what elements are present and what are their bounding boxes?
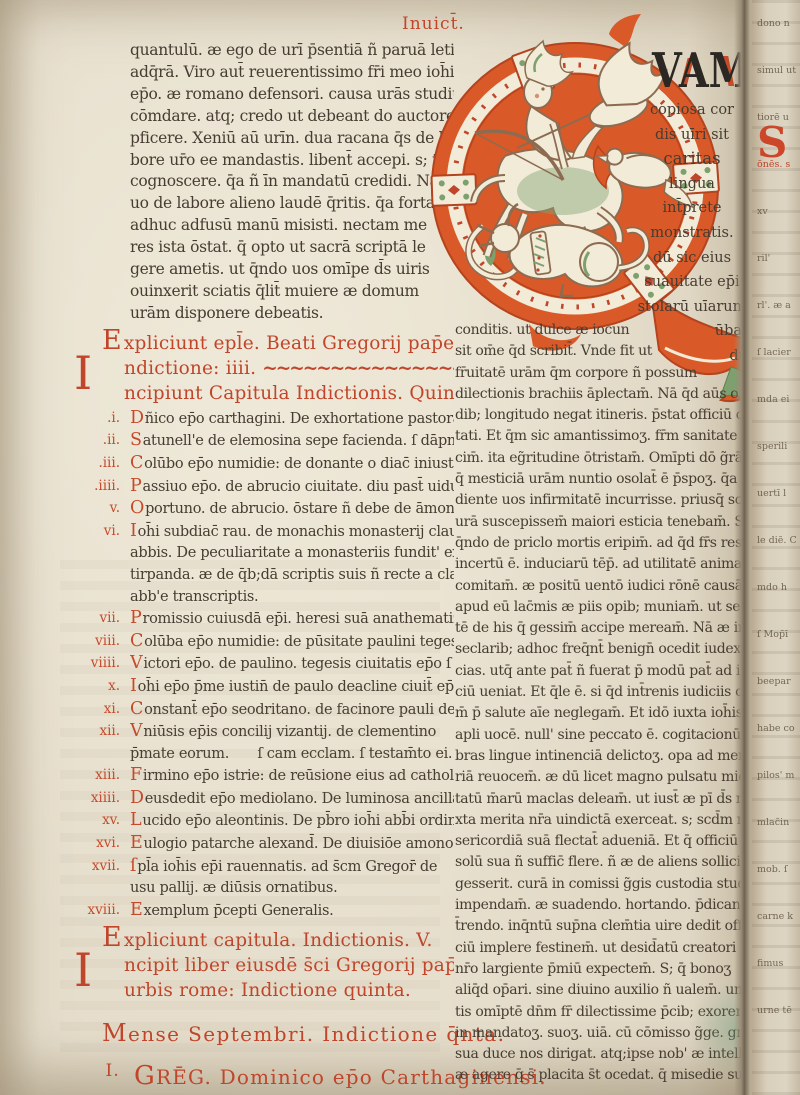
text-line: sericordiā suā flectat̄ adueniā. Et q̄ o… [455, 831, 747, 852]
text-line: cim̄. ita eg̃ritudine ōtristam̄. Omīpti … [455, 448, 747, 469]
chapter-numeral: xiiii. [56, 788, 130, 811]
chapter-entry: Ioh̄i ep̄o p̄me iustin̄ de paulo deaclin… [130, 676, 454, 699]
chapter-initial: D [130, 408, 144, 428]
edge-text-fragment: beepar [752, 658, 800, 705]
chapter-entry: Colūbo ep̄o numidie: de donante o diac̄ … [130, 453, 454, 476]
chapter-line: Colūbo ep̄o numidie: de donante o diac̄ … [130, 453, 454, 476]
chapter-entry: Exemplum p̄cepti Generalis. [130, 900, 454, 923]
capitula-item: .ii.Satunell'e de elemosina sepe faciend… [56, 430, 454, 453]
text-line: monstratis. [636, 221, 748, 246]
edge-text-fragment: uertī l [752, 470, 800, 517]
next-page-initial-s: S [757, 122, 787, 164]
letter-one-heading: I. GRĒG. Dominico ep̄o Carthaginensi. [56, 1061, 454, 1091]
edge-text-fragment: mob. ſ [752, 846, 800, 893]
chapter-entry: Ioh̄i subdiac̄ rau. de monachis monaster… [130, 521, 454, 608]
chapter-line: Satunell'e de elemosina sepe facienda. ſ… [130, 430, 454, 453]
chapter-numeral: x. [56, 676, 130, 699]
chapter-line: tirpanda. æ de q̄b;dā scriptis suis ñ re… [130, 565, 454, 587]
capitula-item: viii.Colūba ep̄o numidie: de pūsitate pa… [56, 631, 454, 654]
text-line: ep̄o. æ romano defensori. causa urās stu… [130, 84, 454, 106]
text-line: q̄ mesticiā urām nuntio osolat̄ ē p̄spoʒ… [455, 469, 747, 490]
text-line: gere ametis. ut q̄ndo uos omīpe d̄s uiri… [130, 259, 454, 281]
text-line: int̄prete [636, 196, 748, 221]
text-line: ouinxerit sciatis q̄lit̄ muiere æ domum [130, 281, 454, 303]
chapter-line: Dñico ep̄o carthagini. De exhortatione p… [130, 408, 454, 431]
text-line: pficere. Xeniū aū urīn. dua racana q̄s d… [130, 128, 454, 150]
capitula-item: .iii.Colūbo ep̄o numidie: de donante o d… [56, 453, 454, 476]
chapter-line: Ioh̄i ep̄o p̄me iustin̄ de paulo deaclin… [130, 676, 454, 699]
capitula-item: xvi.Eulogio patarche alexand̄. De diuisi… [56, 833, 454, 856]
chapter-numeral: .iiii. [56, 476, 130, 499]
capitula-item: xviii.Exemplum p̄cepti Generalis. [56, 900, 454, 923]
chapter-entry: ſpl̄a ioh̄is ep̄i rauennatis. ad s̄cm Gr… [130, 856, 454, 900]
rubric-text: xpliciunt epl̄e. Beati Gregorij pap̄e: D… [124, 333, 454, 354]
text-line: tati. Et q̄m sic amantissimoʒ. fr̄m sani… [455, 426, 747, 447]
edge-text-fragment: mlac̄in [752, 799, 800, 846]
text-line: cognoscere. q̄a ñ īn mandatū credidi. Nā [130, 171, 454, 193]
chapter-numeral: viii. [56, 631, 130, 654]
text-line: bore ur̄o ee mandastis. libent̄ accepi. … [130, 150, 454, 172]
chapter-initial: I [130, 676, 137, 696]
chapter-entry: Dñico ep̄o carthagini. De exhortatione p… [130, 408, 454, 431]
text-line: ciū ueniat. Et q̄le ē. si q̄d int̄renis … [455, 682, 747, 703]
rubric-line: Expliciunt epl̄e. Beati Gregorij pap̄e: … [102, 328, 454, 356]
capitula-item: x.Ioh̄i ep̄o p̄me iustin̄ de paulo deacl… [56, 676, 454, 699]
chapter-entry: Passiuo ep̄o. de abrucio ciuitate. diu p… [130, 476, 454, 499]
text-line: incertū ē. induciarū tēp̄. ad utilitatē … [455, 554, 747, 575]
edge-text-fragment: ril' [752, 235, 800, 282]
manuscript-page-photo: Inuict̄. quantulū. æ ego de urī p̄sentiā… [0, 0, 800, 1095]
rubric-text: xpliciunt capitula. Indictionis. V. [124, 930, 433, 951]
capitula-item: xv.Lucido ep̄o aleontinis. De pb̄ro ioh̄… [56, 810, 454, 833]
chapter-initial: C [130, 699, 143, 719]
chapter-line: Victori ep̄o. de paulino. tegesis ciuita… [130, 653, 454, 676]
text-line: copiosa cor [636, 98, 748, 123]
text-line: dis uīri sit [636, 123, 748, 148]
chapter-line: Eulogio patarche alexand̄. De diuisiōe a… [130, 833, 454, 856]
capitula-item: xi.Constant̄ ep̄o seodritano. de facinor… [56, 699, 454, 722]
edge-text-fragment: mda ei [752, 376, 800, 423]
chapter-line: Firmino ep̄o istrie: de reūsione eius ad… [130, 765, 454, 788]
chapter-entry: Firmino ep̄o istrie: de reūsione eius ad… [130, 765, 454, 788]
chapter-numeral: xvi. [56, 833, 130, 856]
text-line: apli uocē. null' sine peccato ē. cogitac… [455, 725, 747, 746]
rubric-initial: E [102, 925, 122, 953]
rubric-tall-initial-i: I [74, 350, 92, 396]
chapter-numeral: .iii. [56, 453, 130, 476]
chapter-line: Promissio cuiusdā ep̄i. heresi suā anath… [130, 608, 454, 631]
letter-body-paragraph: quantulū. æ ego de urī p̄sentiā ñ paruā … [56, 40, 454, 325]
text-line: æ agere q̄ s̄ placita s̄t ocedat. q̄ mis… [455, 1065, 747, 1086]
rubric-text: ncipiunt Capitula Indictionis. Quint̄: [124, 383, 454, 404]
q-clasp [431, 174, 476, 206]
chapter-numeral: .ii. [56, 430, 130, 453]
chapter-line: abb'e transcriptis. [130, 587, 454, 609]
rubric-explicit-incipit-liber: Expliciunt capitula. Indictionis. V. I n… [56, 925, 454, 1003]
chapter-initial: P [130, 608, 141, 628]
chapter-initial: V [130, 653, 142, 673]
chapter-numeral: xv. [56, 810, 130, 833]
text-line: caritas [636, 147, 748, 172]
capitula-item: xvii.ſpl̄a ioh̄is ep̄i rauennatis. ad s̄… [56, 856, 454, 900]
chapter-numeral: v. [56, 498, 130, 521]
text-line: impendam̄. æ suadendo. hortando. p̄dican… [455, 895, 747, 916]
edge-text-fragment: xv [752, 188, 800, 235]
capitula-item: vii.Promissio cuiusdā ep̄i. heresi suā a… [56, 608, 454, 631]
chapter-line: Passiuo ep̄o. de abrucio ciuitate. diu p… [130, 476, 454, 499]
letter-number: I. [56, 1061, 134, 1091]
edge-text-fragment: fimus [752, 940, 800, 987]
text-line: quantulū. æ ego de urī p̄sentiā ñ paruā … [130, 40, 454, 62]
chapter-numeral: xii. [56, 721, 130, 765]
capitula-item: xii.Vniūsis ep̄is concilij vizantij. de … [56, 721, 454, 765]
chapter-entry: Oportuno. de abrucio. ōstare ñ debe de ā… [130, 498, 454, 521]
text-line: dū sic eius [636, 246, 748, 271]
text-line: diente uos infirmitatē incurrisse. prius… [455, 490, 747, 511]
chapter-initial: D [130, 788, 144, 808]
text-line: fr̄uitatē urām q̄m corpore ñ possum [455, 363, 729, 384]
text-line: bras lingue intinenciā delictoʒ. opa ad … [455, 746, 747, 767]
chapter-numeral: .i. [56, 408, 130, 431]
text-line: lingua [636, 172, 748, 197]
text-line: riā reuocem̄. æ dū licet magno pulsatu m… [455, 767, 747, 788]
edge-text-fragment: habe co [752, 705, 800, 752]
rubric-line: ncipit liber eiusdē s̄ci Gregorij pap̄e [102, 953, 454, 978]
edge-text-fragment: ſ Mop̄ī [752, 611, 800, 658]
text-line: t̄rendo. inq̄ntū sup̄na clem̄tia uire de… [455, 916, 747, 937]
chapter-line: Constant̄ ep̄o seodritano. de facinore p… [130, 699, 454, 722]
chapter-initial: O [130, 498, 144, 518]
edge-text-fragment: pilos' m [752, 752, 800, 799]
text-line: conditis. ut dulce æ iocun [455, 320, 636, 341]
text-line: urām disponere debeatis. [130, 303, 454, 325]
chapter-entry: Victori ep̄o. de paulino. tegesis ciuita… [130, 653, 454, 676]
text-line: tē de his q̄ gessim̄ accipe meream̄. Nā … [455, 618, 747, 639]
capitula-item: .iiii.Passiuo ep̄o. de abrucio ciuitate.… [56, 476, 454, 499]
centaur-eye [541, 87, 544, 90]
text-line: seclarib; adhoc freq̄nt̄ benign̄ ocedit … [455, 639, 747, 660]
rubric-line: Expliciunt capitula. Indictionis. V. [102, 925, 454, 953]
text-line: comitam̄. æ positū uentō iudici rōnē cau… [455, 576, 747, 597]
chapter-entry: Promissio cuiusdā ep̄i. heresi suā anath… [130, 608, 454, 631]
chapter-entry: Lucido ep̄o aleontinis. De pb̄ro ioh̄i a… [130, 810, 454, 833]
chapter-initial: C [130, 631, 143, 651]
text-line: stolarū uīarum [636, 295, 748, 320]
left-text-column: quantulū. æ ego de urī p̄sentiā ñ paruā … [56, 40, 454, 1091]
chapter-line: p̄mate eorum. ſ cam ecclam. ſ testam̄to … [130, 744, 454, 766]
edge-text-fragment: le diē. C [752, 517, 800, 564]
chapter-initial: F [130, 765, 142, 785]
text-line: m̄ p̄ salute aīe neglegam̄. Et idō iuxta… [455, 703, 747, 724]
chapter-numeral: xviii. [56, 900, 130, 923]
rubric-line: ndictione: iiii.~~~~~~~~~~~~~~~~ [102, 356, 454, 381]
chapter-initial: ſ [130, 856, 136, 876]
rubric-text: ndictione: iiii. [124, 358, 256, 379]
chapter-entry: Eulogio patarche alexand̄. De diuisiōe a… [130, 833, 454, 856]
chapter-numeral: xiii. [56, 765, 130, 788]
text-line: tatū m̄arū maclas deleam̄. ut iust̄ æ pī… [455, 789, 747, 810]
chapter-line: Oportuno. de abrucio. ōstare ñ debe de ā… [130, 498, 454, 521]
heading-initial-g: G [134, 1061, 156, 1091]
edge-text-fragment: rl'. æ a [752, 282, 800, 329]
chapter-numeral: xvii. [56, 856, 130, 900]
text-line: sit om̄e q̄d scribit̄. Vnde fit ut [455, 341, 659, 362]
chapter-initial: I [130, 521, 137, 541]
display-letter-a: A [679, 43, 709, 99]
chapter-numeral: vi. [56, 521, 130, 608]
chapter-entry: Deusdedit ep̄o mediolano. De luminosa an… [130, 788, 454, 811]
chapter-entry: Satunell'e de elemosina sepe facienda. ſ… [130, 430, 454, 453]
capitula-item: vi.Ioh̄i subdiac̄ rau. de monachis monas… [56, 521, 454, 608]
centaur-cheek [535, 94, 539, 98]
text-line: xta merita nr̄a uindictā exerceat. s; sc… [455, 810, 747, 831]
text-line: urā suscepissem̄ maiori esticia tenebam̄… [455, 512, 747, 533]
text-line: dib; longitudo negat itineris. p̄stat of… [455, 405, 747, 426]
rubric-initial: E [102, 328, 122, 356]
chapter-entry: Constant̄ ep̄o seodritano. de facinore p… [130, 699, 454, 722]
mense-septembri-heading: Mense Septembri. Indictione q̄nta. [56, 1019, 454, 1047]
chapter-line: Exemplum p̄cepti Generalis. [130, 900, 454, 923]
heading-text: ense Septembri. Indictione q̄nta. [128, 1022, 505, 1046]
right-text-column: conditis. ut dulce æ iocunsit om̄e q̄d s… [455, 320, 747, 1087]
page-gutter-shadow [734, 0, 752, 1095]
chapter-initial: E [130, 900, 142, 920]
chapter-initial: S [130, 430, 142, 450]
chapter-initial: L [130, 810, 141, 830]
text-line: ciū implere festinem̄. ut desid̄atū crea… [455, 938, 747, 959]
text-line: res ista ōstat. q̄ opto ut sacrā scriptā… [130, 237, 454, 259]
chapter-line: ſpl̄a ioh̄is ep̄i rauennatis. ad s̄cm Gr… [130, 856, 454, 879]
edge-text-fragment: urne tē [752, 987, 800, 1034]
edge-text-fragment: dono n [752, 0, 800, 47]
edge-text-fragment: simul ut [752, 47, 800, 94]
capitula-item: viiii.Victori ep̄o. de paulino. tegesis … [56, 653, 454, 676]
text-line: dilectionis brachiis āplectam̄. Nā q̄d a… [455, 384, 747, 405]
chapter-initial: E [130, 833, 142, 853]
text-line: suauitate ep̄i [636, 270, 748, 295]
chapter-line: usu pallij. æ diūsis ornatibus. [130, 878, 454, 900]
edge-text-fragment: sperili [752, 423, 800, 470]
chapter-line: Deusdedit ep̄o mediolano. De luminosa an… [130, 788, 454, 811]
rubric-text: urbis rome: Indictione quinta. [124, 980, 411, 1001]
edge-text-fragment: carne k [752, 893, 800, 940]
text-line: apud eū lac̄mis æ piis opib; muniam̄. ut… [455, 597, 747, 618]
capitula-item: .i.Dñico ep̄o carthagini. De exhortation… [56, 408, 454, 431]
capitula-list: .i.Dñico ep̄o carthagini. De exhortation… [56, 408, 454, 923]
edge-text-fragment: mdo h [752, 564, 800, 611]
chapter-entry: Colūba ep̄o numidie: de pūsitate paulini… [130, 631, 454, 654]
rubric-line: urbis rome: Indictione quinta. [102, 978, 454, 1003]
text-line: uo de labore alieno laudē q̄ritis. q̄a f… [130, 193, 454, 215]
text-line: q̄ndo de priclo mortis eripim̄. ad q̄d f… [455, 533, 747, 554]
text-line: cōmdare. atq; credo ut debeant do auctor… [130, 106, 454, 128]
chapter-line: Lucido ep̄o aleontinis. De pb̄ro ioh̄i a… [130, 810, 454, 833]
chapter-initial: C [130, 453, 143, 473]
chapter-initial: V [130, 721, 142, 741]
chapter-line: Ioh̄i subdiac̄ rau. de monachis monaster… [130, 521, 454, 544]
text-line: gesserit. curā in comissi g̃gis custodia… [455, 874, 747, 895]
chapter-numeral: vii. [56, 608, 130, 631]
flame-finial [609, 14, 641, 47]
rubric-explicit-incipit-capitula: Expliciunt epl̄e. Beati Gregorij pap̄e: … [56, 328, 454, 406]
chapter-numeral: viiii. [56, 653, 130, 676]
capitula-item: xiiii.Deusdedit ep̄o mediolano. De lumin… [56, 788, 454, 811]
chapter-entry: Vniūsis ep̄is concilij vizantij. de clem… [130, 721, 454, 765]
chapter-line: Vniūsis ep̄is concilij vizantij. de clem… [130, 721, 454, 744]
chapter-initial: P [130, 476, 141, 496]
text-line: adhuc adfusū manū misisti. nectam me [130, 215, 454, 237]
edge-text-fragment: ſ lacier [752, 329, 800, 376]
chapter-numeral: xi. [56, 699, 130, 722]
text-line: adq̄rā. Viro aut̄ reuerentissimo fr̄i me… [130, 62, 454, 84]
text-line: solū sua ñ suffic̄ flere. ñ æ de aliens … [455, 852, 747, 873]
rubric-tall-initial-i: I [74, 947, 92, 993]
capitula-item: xiii.Firmino ep̄o istrie: de reūsione ei… [56, 765, 454, 788]
rubric-line: ncipiunt Capitula Indictionis. Quint̄: [102, 381, 454, 406]
capitula-item: v.Oportuno. de abrucio. ōstare ñ debe de… [56, 498, 454, 521]
display-letter-v: V [652, 43, 679, 99]
text-line: cias. utq̄ ante pat̄ ñ fuerat p̄ modū pa… [455, 661, 747, 682]
heading-initial-m: M [102, 1019, 128, 1047]
chapter-line: Colūba ep̄o numidie: de pūsitate paulini… [130, 631, 454, 654]
rubric-text: ncipit liber eiusdē s̄ci Gregorij pap̄e [124, 955, 454, 976]
text-line: nr̄o largiente p̄miū expectem̄. S; q̄ bo… [455, 959, 747, 980]
chapter-line: abbis. De peculiaritate a monasteriis fu… [130, 543, 454, 565]
